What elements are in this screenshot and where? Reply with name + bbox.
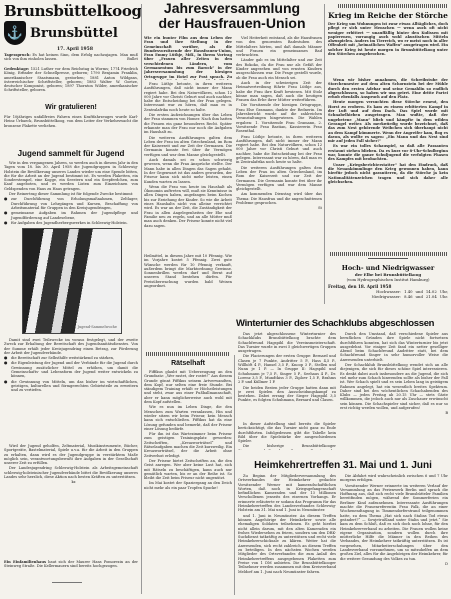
gedenktage: Gedenktage: 1521 Luther vor dem Reichsta… [4, 67, 138, 101]
main-paragraph: Die Vorsitzende der hiesigen Ortsgruppe,… [236, 103, 322, 133]
schach-paragraph: In dieser Aufstellung sind bereits die S… [238, 422, 336, 443]
dotted-divider [338, 4, 448, 8]
main-paragraph: Frau Lüthje betonte, in ihren weiteren A… [144, 82, 232, 112]
masthead: Brunsbüttelkoog ⚓ Brunsbüttel [4, 2, 142, 48]
jugend-bullets: zur Durchführung von Erholungsmaßnahmen,… [4, 197, 138, 225]
schach-headline: Winterturnier des Schachklubs abgeschlos… [236, 318, 450, 329]
tide-box: Hoch- und Niedrigwasser der Elbe bei Bru… [328, 258, 448, 306]
jugend-photo: Jugend-Sammelwoche [22, 228, 122, 334]
schach-col1b: In dieser Aufstellung sind bereits die S… [238, 422, 336, 450]
schach-paragraph: Das jetzt abgeschlossene Winterturnier d… [238, 332, 336, 353]
raetsel-paragraph: Im Mai kostet der Spaziergang an den Dei… [144, 481, 232, 490]
masthead-title-line2: Brunsbüttel [30, 26, 118, 41]
issue-date: 17. April 1958 [40, 47, 110, 52]
jugend-intro: Wie in den vergangenen Jahren, so werden… [4, 161, 138, 191]
main-paragraph: Auch damals sei es schon schwierig gewes… [144, 158, 232, 184]
jugend-purpose: Der Reinertrag dieser Sammlung ist für f… [4, 192, 138, 196]
main-paragraph: Länder gab es im Mittelalter und zur Zei… [236, 58, 322, 79]
tide-row-low: Niedrigwasser: 8.46 und 21.04 Uhr. [328, 294, 448, 299]
masthead-title-line1: Brunsbüttelkoog [4, 2, 142, 20]
dotted-divider [330, 252, 448, 256]
main-paragraph: Viel Heiterkeit entstand, als die Hausfr… [236, 36, 322, 57]
stork-paragraph: Wenn wir bisher annahmen, die Schreibstu… [328, 78, 448, 99]
tide-top-rule [368, 258, 408, 259]
heimkehrer-headline: Heimkehrertreffen 31. Mai und 1. Juni [236, 460, 450, 471]
stork-body: Wenn wir bisher annahmen, die Schreibstu… [328, 78, 448, 250]
main-paragraph: Die weiteren Ausführungen galten dem Leb… [236, 166, 322, 192]
stork-paragraph: Heute morgen versuchten diese Störche er… [328, 100, 448, 143]
tide-time: 8.46 [404, 294, 412, 299]
jugend-end: Wird der Jugend geholfen, Zeltmaterial, … [4, 444, 138, 544]
raetsel-paragraph: Fiffikus glaubt mit Ueberzeugung an den … [144, 370, 232, 404]
heimkehrer-col1: Zu Beginn der Mitgliederversammlung des … [238, 474, 336, 592]
schach-paragraph: Die bisherige Brunsbüttelkooger Siegerma… [238, 444, 336, 450]
heimkehrer-paragraph: Zu Beginn der Mitgliederversammlung des … [238, 474, 336, 513]
stork-lead: Der Krieg um Wohnungen ist zwar etwas Al… [328, 22, 448, 74]
jugend-signature: kz [4, 480, 138, 484]
main-lead: Wie ein bunter Film aus dem Leben der Fr… [144, 36, 232, 80]
schach-col1: Das jetzt abgeschlossene Winterturnier d… [238, 332, 336, 422]
end-divider [52, 582, 82, 583]
column-divider [234, 355, 235, 595]
jugend-bullet: für Aufgaben des Jugendherbergswerkes in… [4, 221, 138, 225]
jugend-headline: Jugend sammelt für Jugend [4, 149, 138, 158]
main-paragraph: Die weiteren Ausführungen galten dem Leb… [144, 136, 232, 157]
column-divider [141, 4, 142, 594]
tide-conj: und [416, 294, 423, 299]
gratulieren-text: Für 10jähriges unfallfreies Fahren eines… [4, 115, 138, 129]
gedenktage-text: 1521 Luther vor dem Reichstag in Worms; … [4, 67, 138, 92]
main-paragraph: Frau Lüthje betonte, in ihren weiteren A… [236, 135, 322, 165]
tide-unit: Uhr. [440, 294, 448, 299]
jugend-bullets-2: die Bereitschaft zur Selbsthilfe weitstä… [4, 356, 138, 392]
schach-paragraph: Die beiden Besten jeder Gruppe hatten da… [238, 386, 336, 403]
tide-title: Hoch- und Niedrigwasser [328, 264, 448, 272]
jugend-bullet: die Eigenleistung der Jugend und der Ver… [4, 361, 138, 378]
jugend-bullet: die Gewinnung von Mitteln, um das bisher… [4, 380, 138, 393]
heimkehrer-signature: D [340, 562, 448, 566]
raetsel-top-text: Heilmittel, in diesem Jahre mit 10 Pfenn… [144, 254, 232, 304]
photo-caption-text: Jugend-Sammelwoche [78, 325, 117, 329]
tide-time: 21.04 [426, 294, 437, 299]
jugend-bullet: die Bereitschaft zur Selbsthilfe weitstä… [4, 356, 138, 360]
raetsel-paragraph: Für ihn ist das Wartezimmer beim Friseur… [144, 432, 232, 458]
tagesspruch-author: Bullet [127, 57, 138, 61]
main-paragraph: Wenn die Frau von heute im Haushalt als … [144, 185, 232, 228]
raetsel-body: Fiffikus glaubt mit Ueberzeugung an den … [144, 370, 232, 595]
stork-headline: Krieg im Reiche der Störche [326, 11, 450, 20]
heimkehrer-col2: Die Abfahrt wird wahrscheinlich zwischen… [340, 474, 448, 592]
jugend-article: Wie in den vergangenen Jahren, so werden… [4, 161, 138, 227]
schach-paragraph: Durch den Umstand, daß verschiedene Spie… [340, 332, 448, 362]
tide-source: (vom Hydrographischen Institut Hamburg) [328, 277, 448, 282]
heimkehrer-paragraph: und 1. Juni in Neumünster. An diesem Tre… [238, 514, 336, 574]
heimkehrer-paragraph: Die Abfahrt wird wahrscheinlich zwischen… [340, 474, 448, 483]
gratulieren-headline: Wir gratulieren! [4, 104, 138, 111]
raetsel-paragraph: Der Friseur bietet Zeitschriften an, die… [144, 459, 232, 480]
stork-paragraph: Es war ein tolles Schauspiel, so daß all… [328, 144, 448, 161]
main-headline-line1: Jahresversammlung [144, 1, 320, 16]
jugend-end-text: Wird der Jugend geholfen, Zeltmaterial, … [4, 444, 138, 465]
main-headline-line2: der Hausfrauen-Union [144, 16, 320, 31]
tide-label: Niedrigwasser: [372, 294, 401, 299]
dotted-divider [146, 352, 230, 356]
einfamilienhaus-notice: Ein Einfamilienhaus baut sich der Maurer… [4, 560, 138, 574]
main-col2: Viel Heiterkeit entstand, als die Hausfr… [236, 36, 322, 300]
raetsel-headline: Rätselhaft [144, 360, 232, 367]
anchor-crest-icon: ⚓ [4, 21, 26, 45]
column-divider [324, 4, 325, 304]
schach-col2: Durch den Umstand, daß verschiedene Spie… [340, 332, 448, 450]
jugend-bullet: gemeinsame Aufgaben im Rahmen der Jugend… [4, 211, 138, 220]
raetsel-paragraph: Wie es nun im Leben Dinge, die den Mensc… [144, 405, 232, 431]
tagesspruch: Tagesspruch: Es hat keinen Sinn, dem Erf… [4, 53, 138, 67]
jugend-bullet: zur Durchführung von Erholungsmaßnahmen,… [4, 197, 138, 210]
main-signature: St [236, 206, 322, 210]
stork-paragraph: Unser „Kriegsberichterstatter“ hat den E… [328, 163, 448, 184]
jugend-mid: Damit sind zwei Teilzwecke im voraus fes… [4, 338, 138, 355]
schach-paragraph: Der Schachklub Brunsbüttelkoog wendet si… [340, 363, 448, 410]
schach-paragraph: Die Placierungen der ersten Gruppe: Bern… [238, 354, 336, 384]
jugend-appeal: Der Landesjugendring Schleswig-Holstein … [4, 466, 138, 479]
main-paragraph: Auch in der schwierigen Zeit der Heimatv… [236, 81, 322, 102]
main-headline: Jahresversammlung der Hausfrauen-Union [144, 1, 320, 31]
main-closing: Am kommenden Dienstag wird über das Them… [236, 192, 322, 205]
main-paragraph: Die ersten Aufzeichnungen über das Leben… [144, 113, 232, 134]
schach-signature: B [340, 411, 448, 415]
jugend-continued: Damit sind zwei Teilzwecke im voraus fes… [4, 338, 138, 438]
main-col1: Frau Lüthje betonte, in ihren weiteren A… [144, 82, 232, 252]
heimkehrer-paragraph: Vorsitzender Werner erinnerte im weitere… [340, 484, 448, 561]
